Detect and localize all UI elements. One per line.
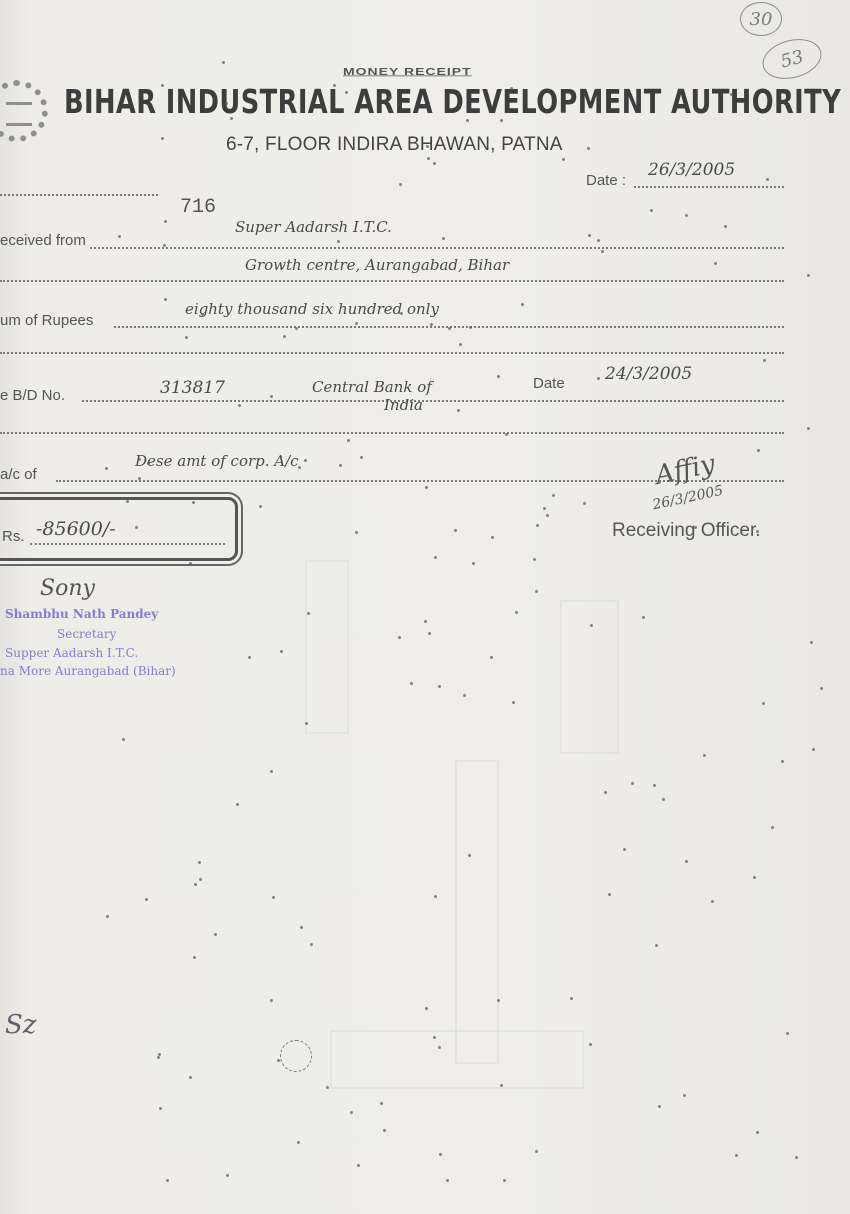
draft-number-line — [82, 400, 784, 402]
divider-dotted — [0, 432, 784, 434]
stamp-organization: Supper Aadarsh I.T.C. — [5, 646, 138, 660]
serial-number: 716 — [180, 196, 216, 219]
page-mark-circled: 30 — [740, 2, 782, 36]
bottom-initials: Sz — [5, 1010, 37, 1040]
account-of: Dese amt of corp. A/c — [135, 452, 299, 470]
amount-label: Rs. — [2, 528, 25, 545]
circle-mark — [280, 1040, 312, 1072]
sum-of-rupees-label: um of Rupees — [0, 312, 93, 329]
organization-name: BIHAR INDUSTRIAL AREA DEVELOPMENT AUTHOR… — [64, 82, 841, 121]
amount-value: -85600/- — [36, 518, 116, 540]
received-from-line-2 — [0, 280, 784, 282]
divider-dotted — [0, 194, 158, 196]
bleed-through-mark — [330, 1030, 584, 1089]
amount-line — [30, 543, 225, 545]
sum-line-2 — [0, 352, 784, 354]
bleed-through-mark — [455, 760, 499, 1064]
receiving-officer-label: Receiving Officer. — [612, 520, 761, 542]
bank-name-line-2: India — [384, 396, 423, 414]
date-line — [634, 186, 784, 188]
page-mark-circled: 53 — [758, 33, 826, 85]
account-label: a/c of — [0, 466, 37, 483]
stamp-designation: Secretary — [57, 627, 116, 641]
sum-in-words: eighty thousand six hundred only — [185, 300, 439, 318]
draft-date: 24/3/2005 — [605, 364, 692, 384]
receipt-date: 26/3/2005 — [648, 160, 735, 180]
draft-date-label: Date — [533, 375, 565, 392]
stamp-name: Shambhu Nath Pandey — [5, 607, 158, 621]
stamp-signature: Sony — [40, 576, 95, 601]
receipt-title: MONEY RECEIPT — [343, 65, 472, 77]
bleed-through-mark — [305, 560, 349, 734]
bleed-through-mark — [560, 600, 619, 754]
received-from-name: Super Aadarsh I.T.C. — [235, 218, 392, 236]
stamp-location: na More Aurangabad (Bihar) — [0, 664, 176, 678]
organization-address: 6-7, FLOOR INDIRA BHAWAN, PATNA — [226, 134, 563, 156]
scanned-receipt-page: 30 53 MONEY RECEIPT BIHAR INDUSTRIAL ARE… — [0, 0, 850, 1214]
draft-number: 313817 — [160, 378, 225, 398]
bank-name: Central Bank of — [312, 378, 432, 396]
organization-logo-icon — [0, 80, 48, 142]
received-from-label: eceived from — [0, 232, 86, 249]
draft-number-label: e B/D No. — [0, 387, 65, 404]
received-from-line — [90, 247, 784, 249]
received-from-address: Growth centre, Aurangabad, Bihar — [245, 256, 509, 274]
date-label: Date : — [586, 172, 626, 189]
